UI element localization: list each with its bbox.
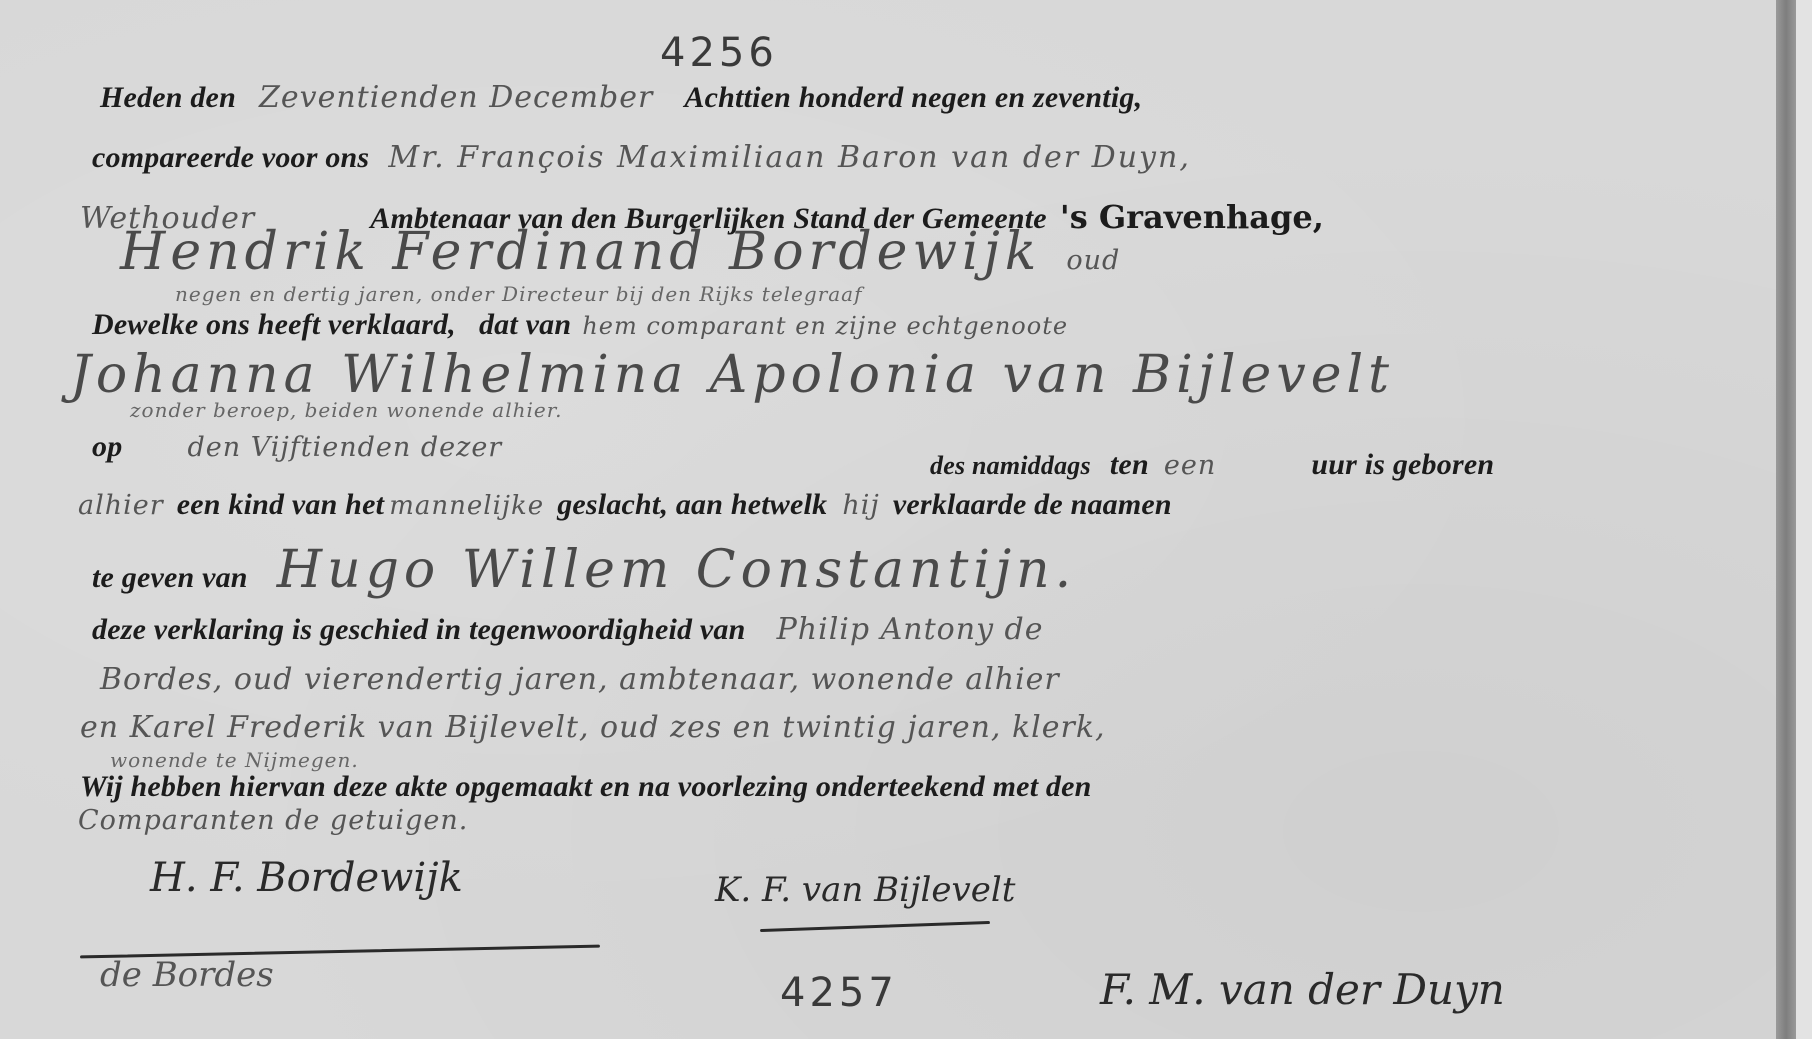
line-7-right: des namiddags ten een uur is geboren <box>930 448 1494 482</box>
line-13: Wij hebben hiervan deze akte opgemaakt e… <box>80 770 1092 804</box>
printed-text: compareerde voor ons <box>92 141 369 174</box>
printed-text: Heden den <box>100 81 236 114</box>
handwritten-mother-name: Johanna Wilhelmina Apolonia van Bijlevel… <box>70 345 1394 405</box>
printed-text: dat van <box>479 308 571 341</box>
handwritten-sex: mannelijke <box>389 491 544 521</box>
signature-official: F. M. van der Duyn <box>1100 965 1505 1014</box>
printed-text: Wij hebben hiervan deze akte opgemaakt e… <box>80 770 1092 803</box>
line-9: te geven van Hugo Willem Constantijn. <box>92 540 1076 600</box>
line-4: Hendrik Ferdinand Bordewijk oud <box>120 222 1120 282</box>
signature-witness-2: de Bordes <box>100 955 274 995</box>
handwritten-father-name: Hendrik Ferdinand Bordewijk <box>120 222 1041 282</box>
page-edge-strip <box>1776 0 1796 1039</box>
line-8: alhier een kind van het mannelijke gesla… <box>78 488 1172 522</box>
signature-father: H. F. Bordewijk <box>150 855 463 901</box>
line-7-insert: zonder beroep, beiden wonende alhier. <box>130 398 562 422</box>
line-5: Dewelke ons heeft verklaard, dat van hem… <box>92 308 1068 342</box>
handwritten-date: Zeventienden December <box>259 80 653 115</box>
printed-text: uur is geboren <box>1311 448 1494 481</box>
line-12: en Karel Frederik van Bijlevelt, oud zes… <box>80 710 1106 745</box>
line-13-insert: wonende te Nijmegen. <box>110 748 359 772</box>
record-number-top: 4256 <box>660 30 778 76</box>
record-number-bottom: 4257 <box>780 970 898 1016</box>
handwritten-text: hem comparant en zijne echtgenoote <box>582 312 1068 340</box>
printed-text: ten <box>1110 448 1149 481</box>
document-page: 4256 Heden den Zeventienden December Ach… <box>0 0 1776 1039</box>
printed-text: op <box>92 430 122 463</box>
printed-text: verklaarde de naamen <box>893 488 1172 521</box>
page-edge-margin <box>1796 0 1812 1039</box>
handwritten-time-of-day: des namiddags <box>930 451 1091 480</box>
handwritten-place: alhier <box>78 490 164 521</box>
handwritten-hour: een <box>1164 450 1216 481</box>
line-5-insert: negen en dertig jaren, onder Directeur b… <box>175 282 863 306</box>
line-1: Heden den Zeventienden December Achttien… <box>100 80 1142 115</box>
printed-text: Dewelke ons heeft verklaard, <box>92 308 456 341</box>
handwritten-birth-date: den Vijftienden dezer <box>188 432 503 463</box>
line-10: deze verklaring is geschied in tegenwoor… <box>92 612 1044 647</box>
line-14: Comparanten de getuigen. <box>78 805 468 836</box>
printed-text: Achttien honderd negen en zeventig, <box>684 81 1142 114</box>
line-7: op den Vijftienden dezer <box>92 430 502 464</box>
printed-text: een kind van het <box>177 488 384 521</box>
handwritten-text: oud <box>1066 245 1120 276</box>
printed-text: geslacht, aan hetwelk <box>557 488 827 521</box>
printed-text: deze verklaring is geschied in tegenwoor… <box>92 613 746 646</box>
line-6: Johanna Wilhelmina Apolonia van Bijlevel… <box>70 345 1394 405</box>
handwritten-child-name: Hugo Willem Constantijn. <box>277 540 1076 600</box>
handwritten-text: hij <box>842 490 879 521</box>
handwritten-witness-1: Philip Antony de <box>777 612 1044 647</box>
line-2: compareerde voor ons Mr. François Maximi… <box>92 140 1191 175</box>
handwritten-official-name: Mr. François Maximiliaan Baron van der D… <box>388 140 1190 175</box>
printed-text: te geven van <box>92 561 248 594</box>
line-11: Bordes, oud vierendertig jaren, ambtenaa… <box>100 662 1060 697</box>
signature-witness-1: K. F. van Bijlevelt <box>715 870 1015 910</box>
signature-underline <box>760 921 990 932</box>
